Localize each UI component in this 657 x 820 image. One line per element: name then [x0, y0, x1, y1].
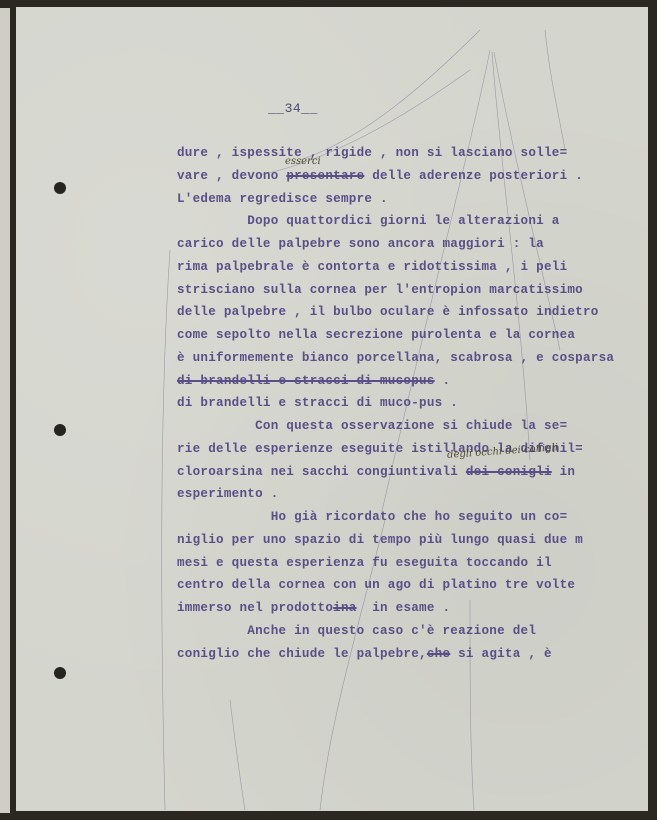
- text-line: dure , ispessite , rigide , non si lasci…: [177, 146, 567, 160]
- handwritten-annotation: esserci: [285, 156, 321, 167]
- text-line: Ho già ricordato che ho seguito un co=: [177, 510, 567, 524]
- text-line: coniglio che chiude le palpebre,che si a…: [177, 647, 552, 661]
- text-line: Anche in questo caso c'è reazione del: [177, 624, 536, 638]
- text-line: di brandelli e stracci di mucopus .: [177, 374, 450, 388]
- text-line: è uniformemente bianco porcellana, scabr…: [177, 351, 614, 365]
- text-line: carico delle palpebre sono ancora maggio…: [177, 237, 544, 251]
- adjacent-page-edge: [0, 8, 10, 813]
- text-line: cloroarsina nei sacchi congiuntivali dei…: [177, 465, 575, 479]
- punch-hole: [54, 667, 66, 679]
- text-line: Con questa osservazione si chiude la se=: [177, 419, 567, 433]
- text-line: vare , devono presentare delle aderenze …: [177, 169, 583, 183]
- punch-hole: [54, 182, 66, 194]
- text-line: immerso nel prodottoina in esame .: [177, 601, 450, 615]
- text-line: mesi e questa esperienza fu eseguita toc…: [177, 556, 552, 570]
- text-line: strisciano sulla cornea per l'entropion …: [177, 283, 583, 297]
- struck-text: che: [427, 647, 450, 661]
- text-line: delle palpebre , il bulbo oculare è info…: [177, 305, 599, 319]
- text-line: esperimento .: [177, 487, 279, 501]
- text-line: L'edema regredisce sempre .: [177, 192, 388, 206]
- punch-hole: [54, 424, 66, 436]
- text-line: di brandelli e stracci di muco-pus .: [177, 396, 458, 410]
- struck-text: presentare: [286, 169, 364, 183]
- text-line: niglio per uno spazio di tempo più lungo…: [177, 533, 583, 547]
- page-number: __34__: [268, 101, 318, 116]
- text-line: come sepolto nella secrezione purolenta …: [177, 328, 575, 342]
- struck-text: dei conigli: [466, 465, 552, 479]
- text-line: centro della cornea con un ago di platin…: [177, 578, 575, 592]
- struck-text: ina: [333, 601, 356, 615]
- text-line: rima palpebrale è contorta e ridottissim…: [177, 260, 567, 274]
- text-line: Dopo quattordici giorni le alterazioni a: [177, 214, 560, 228]
- struck-text: di brandelli e stracci di mucopus: [177, 374, 435, 388]
